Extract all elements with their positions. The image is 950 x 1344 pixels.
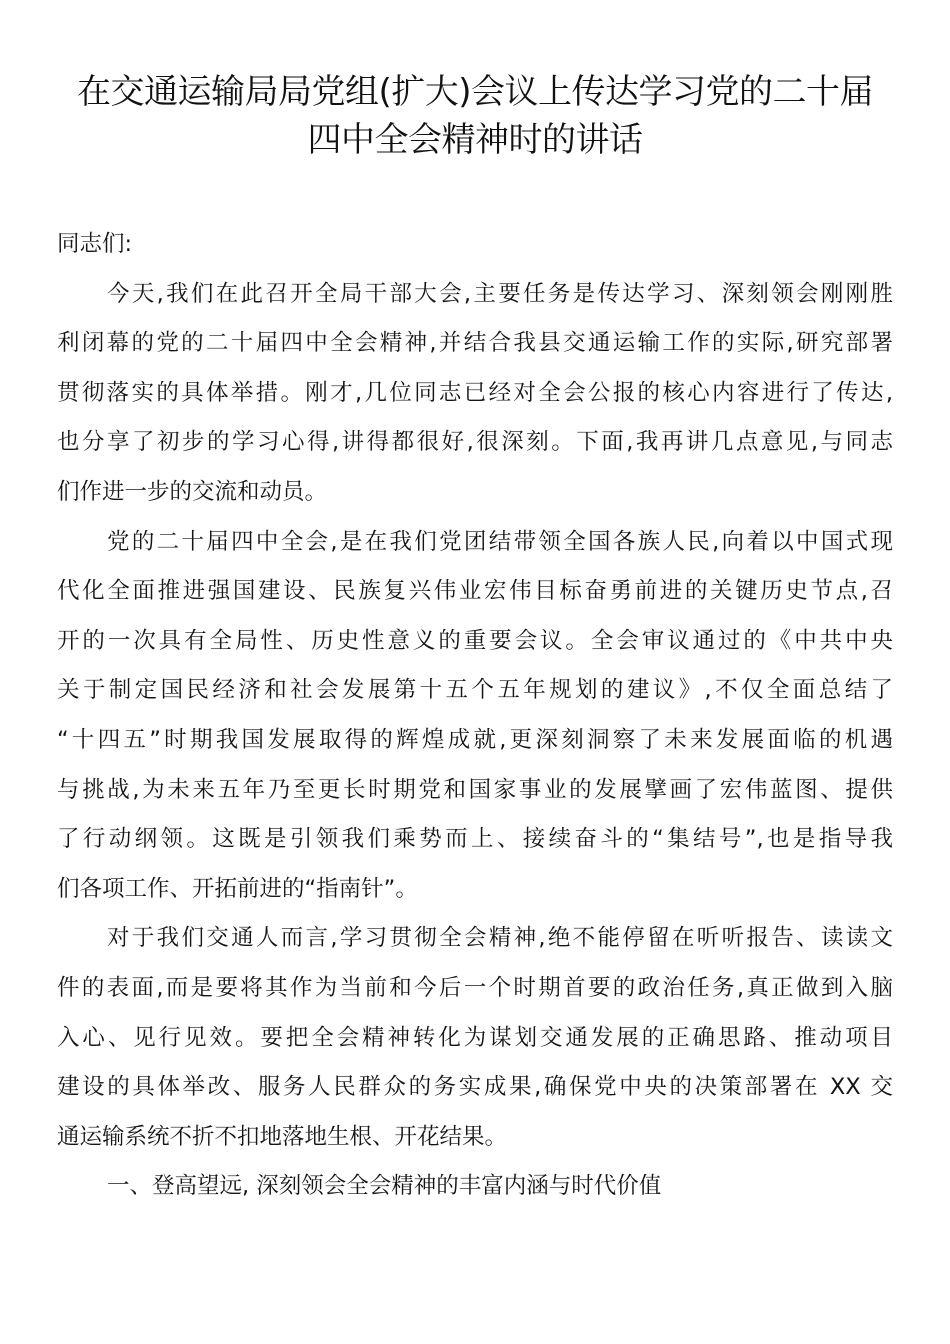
paragraph-line: 入心、见行见效。要把全会精神转化为谋划交通发展的正确思路、推动项目 (57, 1014, 893, 1064)
paragraph-line: 件的表面,而是要将其作为当前和今后一个时期首要的政治任务,真正做到入脑 (57, 964, 893, 1014)
paragraph-1: 今天,我们在此召开全局干部大会,主要任务是传达学习、深刻领会刚刚胜 利闭幕的党的… (57, 270, 897, 518)
paragraph-line: 开的一次具有全局性、历史性意义的重要会议。全会审议通过的《中共中央 (57, 617, 893, 667)
paragraph-line: 们各项工作、开拓前进的“指南针”。 (57, 865, 897, 915)
document-page: 在交通运输局局党组(扩大)会议上传达学习党的二十届 四中全会精神时的讲话 同志们… (0, 0, 950, 1344)
paragraph-line: 建设的具体举改、服务人民群众的务实成果,确保党中央的决策部署在 XX 交 (57, 1063, 893, 1113)
title-line-2: 四中全会精神时的讲话 (40, 116, 910, 164)
paragraph-line: 利闭幕的党的二十届四中全会精神,并结合我县交通运输工作的实际,研究部署 (57, 319, 893, 369)
title-line-1: 在交通运输局局党组(扩大)会议上传达学习党的二十届 (40, 68, 910, 116)
paragraph-line: 对于我们交通人而言,学习贯彻全会精神,绝不能停留在听听报告、读读文 (57, 914, 893, 964)
paragraph-line: 今天,我们在此召开全局干部大会,主要任务是传达学习、深刻领会刚刚胜 (57, 270, 893, 320)
paragraph-line: “十四五”时期我国发展取得的辉煌成就,更深刻洞察了未来发展面临的机遇 (57, 716, 893, 766)
paragraph-line: 贯彻落实的具体举措。刚才,几位同志已经对全会公报的核心内容进行了传达, (57, 369, 893, 419)
paragraph-line: 代化全面推进强国建设、民族复兴伟业宏伟目标奋勇前进的关键历史节点,召 (57, 567, 893, 617)
section-heading: 一、登高望远, 深刻领会全会精神的丰富内涵与时代价值 (57, 1162, 897, 1212)
paragraph-line: 与挑战,为未来五年乃至更长时期党和国家事业的发展擘画了宏伟蓝图、提供 (57, 766, 893, 816)
paragraph-line: 关于制定国民经济和社会发展第十五个五年规划的建议》,不仅全面总结了 (57, 666, 893, 716)
paragraph-line: 通运输系统不折不扣地落地生根、开花结果。 (57, 1113, 897, 1163)
salutation: 同志们: (57, 220, 897, 270)
paragraph-2: 党的二十届四中全会,是在我们党团结带领全国各族人民,向着以中国式现 代化全面推进… (57, 518, 897, 915)
paragraph-line: 也分享了初步的学习心得,讲得都很好,很深刻。下面,我再讲几点意见,与同志 (57, 418, 893, 468)
paragraph-line: 们作进一步的交流和动员。 (57, 468, 897, 518)
paragraph-line: 党的二十届四中全会,是在我们党团结带领全国各族人民,向着以中国式现 (57, 518, 893, 568)
paragraph-3: 对于我们交通人而言,学习贯彻全会精神,绝不能停留在听听报告、读读文 件的表面,而… (57, 914, 897, 1162)
document-body: 同志们: 今天,我们在此召开全局干部大会,主要任务是传达学习、深刻领会刚刚胜 利… (57, 220, 897, 1212)
paragraph-line: 了行动纲领。这既是引领我们乘势而上、接续奋斗的“集结号”,也是指导我 (57, 815, 893, 865)
document-title: 在交通运输局局党组(扩大)会议上传达学习党的二十届 四中全会精神时的讲话 (40, 68, 910, 164)
